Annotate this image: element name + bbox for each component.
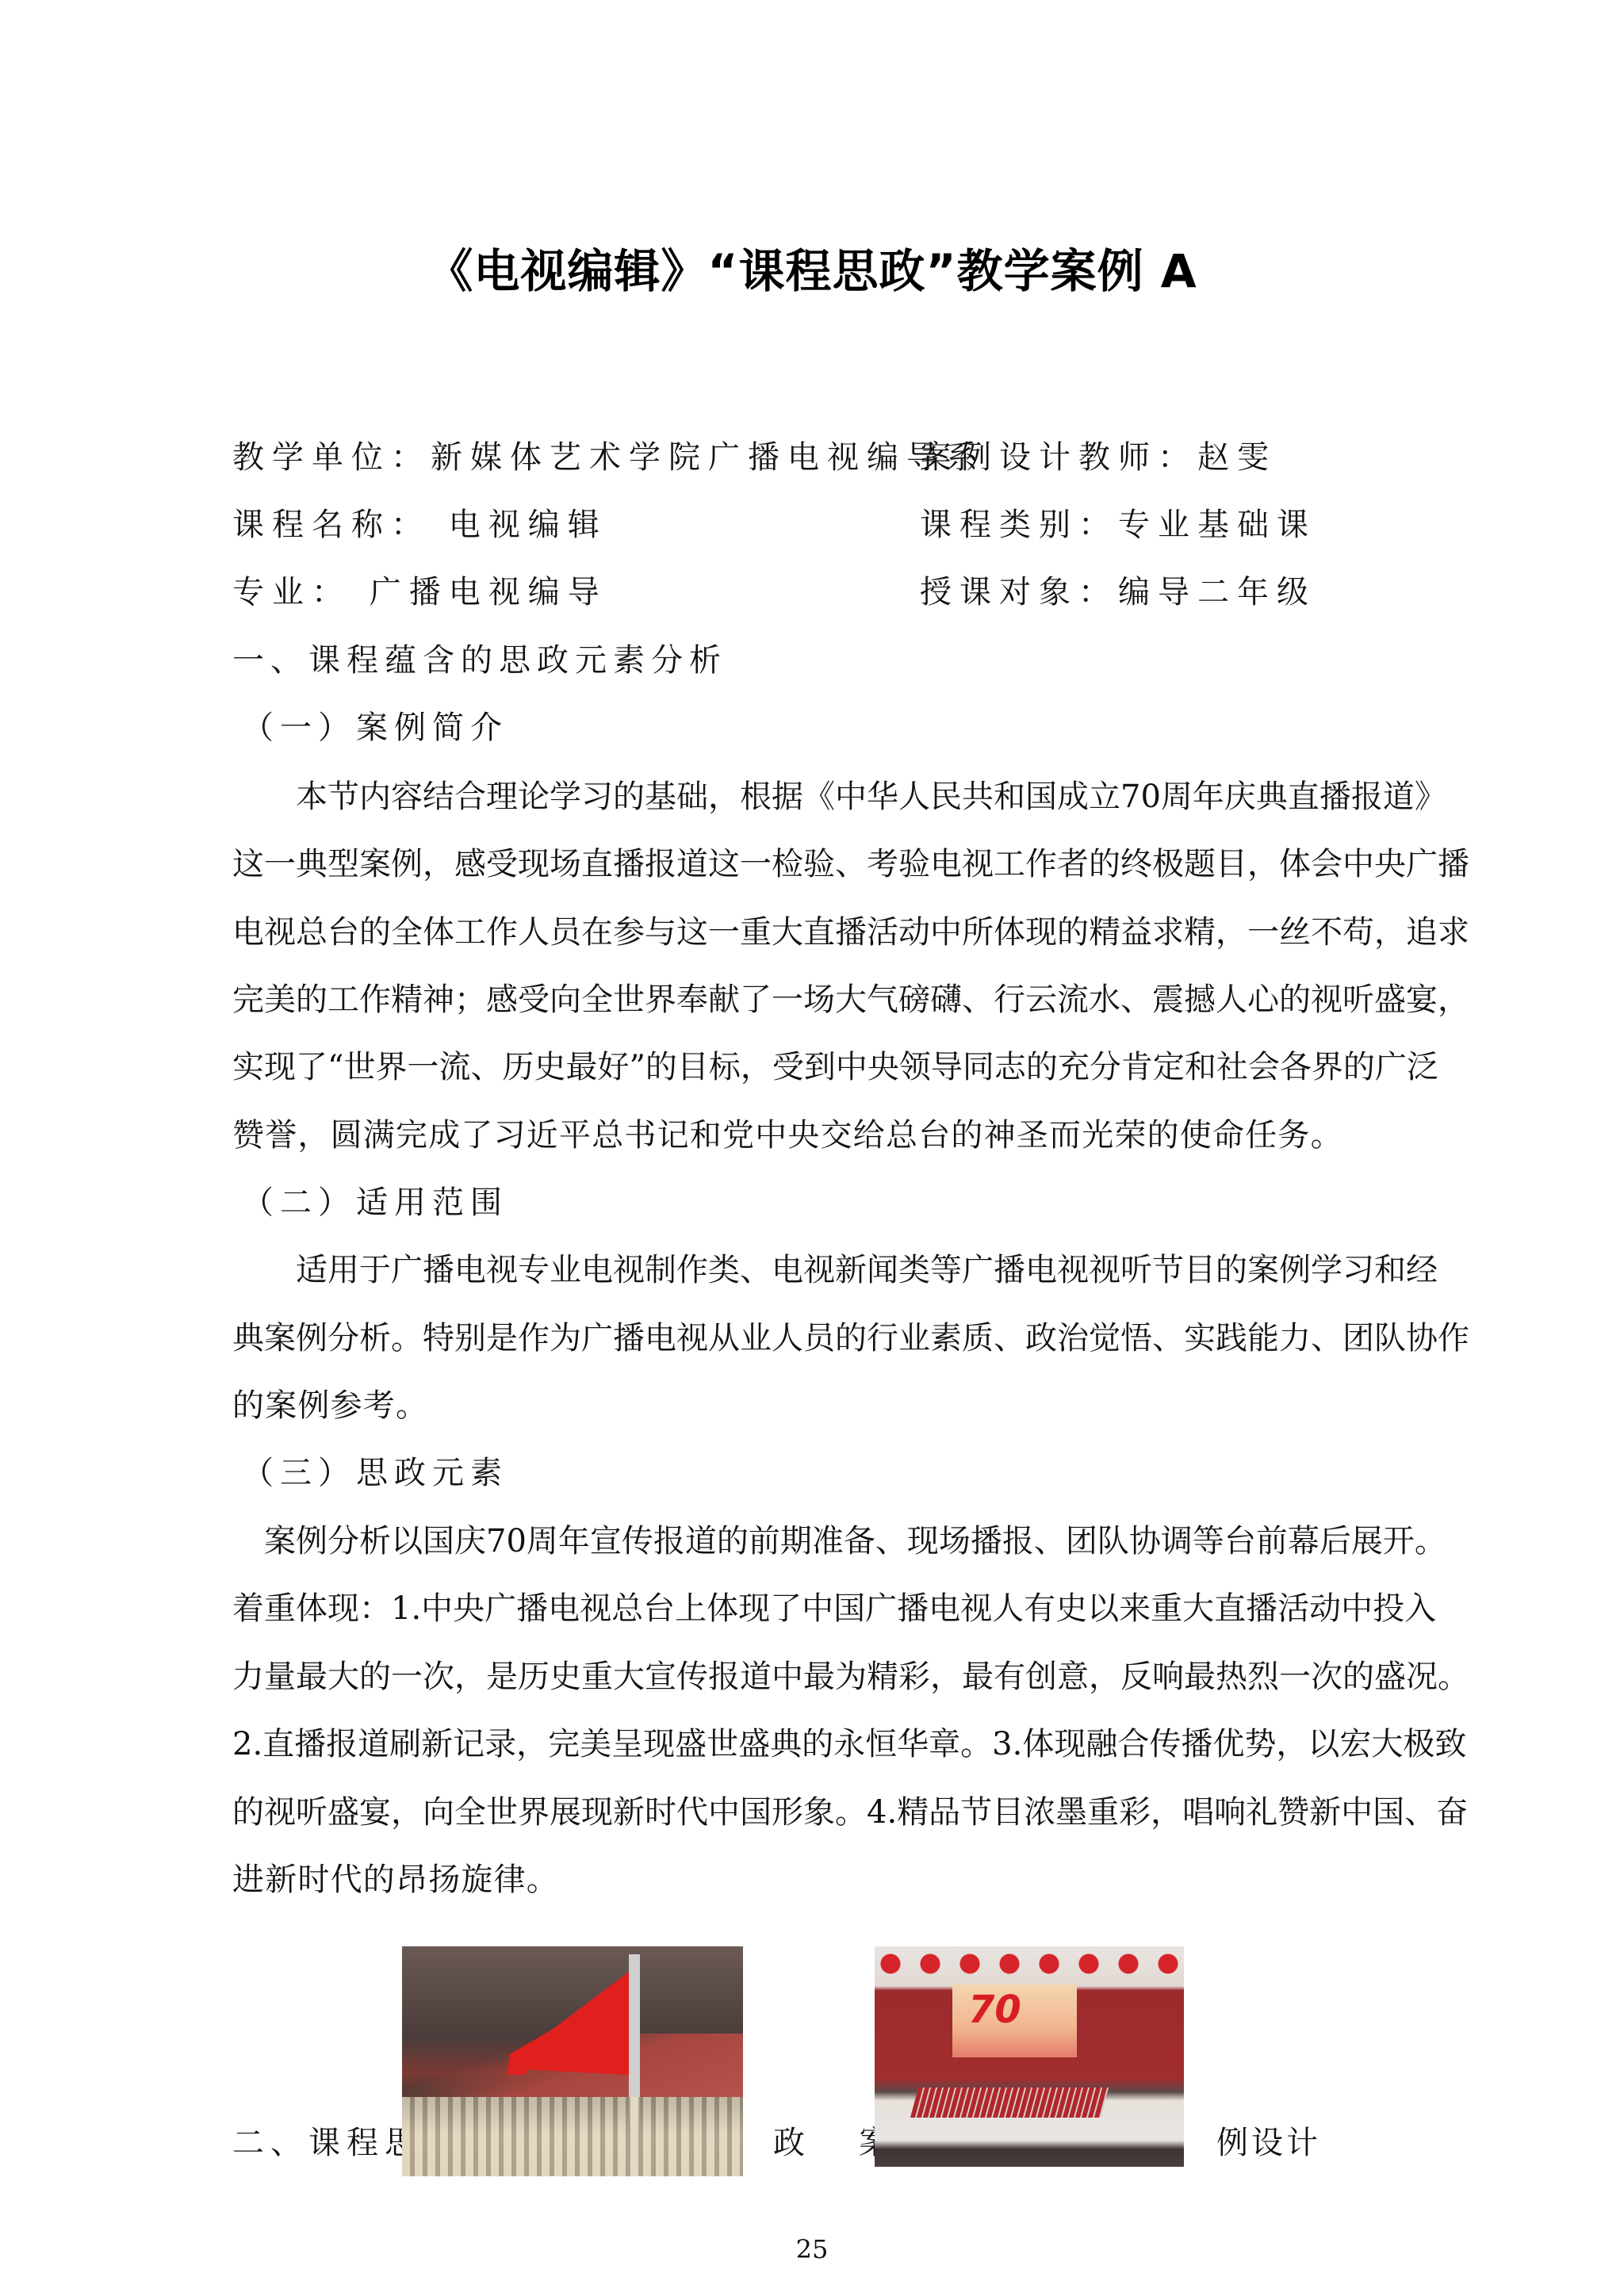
paragraph-line: 典案例分析。特别是作为广播电视从业人员的行业素质、政治觉悟、实践能力、团队协作 [232, 1316, 1406, 1360]
page-number: 25 [0, 2234, 1624, 2264]
subsection-1-heading: （一）案例简介 [242, 706, 508, 750]
subsection-2-heading: （二）适用范围 [242, 1181, 508, 1225]
case-teacher: 案例设计教师：赵雯 [920, 435, 1277, 480]
teaching-unit: 教学单位：新媒体艺术学院广播电视编导系 [232, 435, 986, 480]
paragraph-line: 案例分析以国庆70周年宣传报道的前期准备、现场播报、团队协调等台前幕后展开。 [232, 1519, 1406, 1563]
paragraph-line: 着重体现：1.中央广播电视总台上体现了中国广播电视人有史以来重大直播活动中投入 [232, 1586, 1378, 1631]
document-title: 《电视编辑》“课程思政”教学案例 A [0, 234, 1624, 300]
paragraph-line: 完美的工作精神；感受向全世界奉献了一场大气磅礴、行云流水、震撼人心的视听盛宴， [232, 978, 1406, 1022]
paragraph-line: 本节内容结合理论学习的基础，根据《中华人民共和国成立70周年庆典直播报道》 [232, 775, 1406, 819]
paragraph-line: 这一典型案例，感受现场直播报道这一检验、考验电视工作者的终极题目，体会中央广播 [232, 842, 1406, 886]
parade-square-photo: 70 [875, 1946, 1184, 2167]
paragraph-line: 力量最大的一次，是历史重大宣传报道中最为精彩，最有创意，反响最热烈一次的盛况。 [232, 1655, 1406, 1699]
band-crowd [402, 2097, 743, 2176]
section-2-heading-part3: 例设计 [1216, 2121, 1321, 2165]
paragraph-line: 的案例参考。 [232, 1383, 428, 1428]
section-1-heading: 一、课程蕴含的思政元素分析 [232, 638, 727, 683]
seventy-logo: 70 [968, 1988, 1021, 2032]
paragraph-line: 2.直播报道刷新记录，完美呈现盛世盛典的永恒华章。3.体现融合传播优势，以宏大极… [232, 1722, 1406, 1766]
paragraph-line: 适用于广播电视专业电视制作类、电视新闻类等广播电视视听节目的案例学习和经 [232, 1248, 1406, 1292]
course-type: 课程类别：专业基础课 [920, 503, 1316, 547]
section-2-heading-part1: 二、课程思 [232, 2121, 423, 2165]
paragraph-line: 赞誉，圆满完成了习近平总书记和党中央交给总台的神圣而光荣的使命任务。 [232, 1113, 1343, 1158]
parade-formation [910, 2087, 1109, 2118]
lanterns [875, 1953, 1184, 1975]
paragraph-line: 进新时代的昂扬旋律。 [232, 1858, 559, 1902]
subsection-3-heading: （三）思政元素 [242, 1451, 508, 1495]
paragraph-line: 的视听盛宴，向全世界展现新时代中国形象。4.精品节目浓墨重彩，唱响礼赞新中国、奋 [232, 1790, 1406, 1835]
audience: 授课对象：编导二年级 [920, 570, 1316, 614]
paragraph-line: 电视总台的全体工作人员在参与这一重大直播活动中所体现的精益求精，一丝不苟，追求 [232, 910, 1406, 955]
paragraph-line: 实现了“世界一流、历史最好”的目标，受到中央领导同志的充分肯定和社会各界的广泛 [232, 1045, 1406, 1089]
major: 专业： 广播电视编导 [232, 570, 607, 614]
flag-raising-photo [402, 1946, 743, 2176]
national-flag [504, 1972, 629, 2075]
course-name: 课程名称： 电视编辑 [232, 503, 607, 547]
